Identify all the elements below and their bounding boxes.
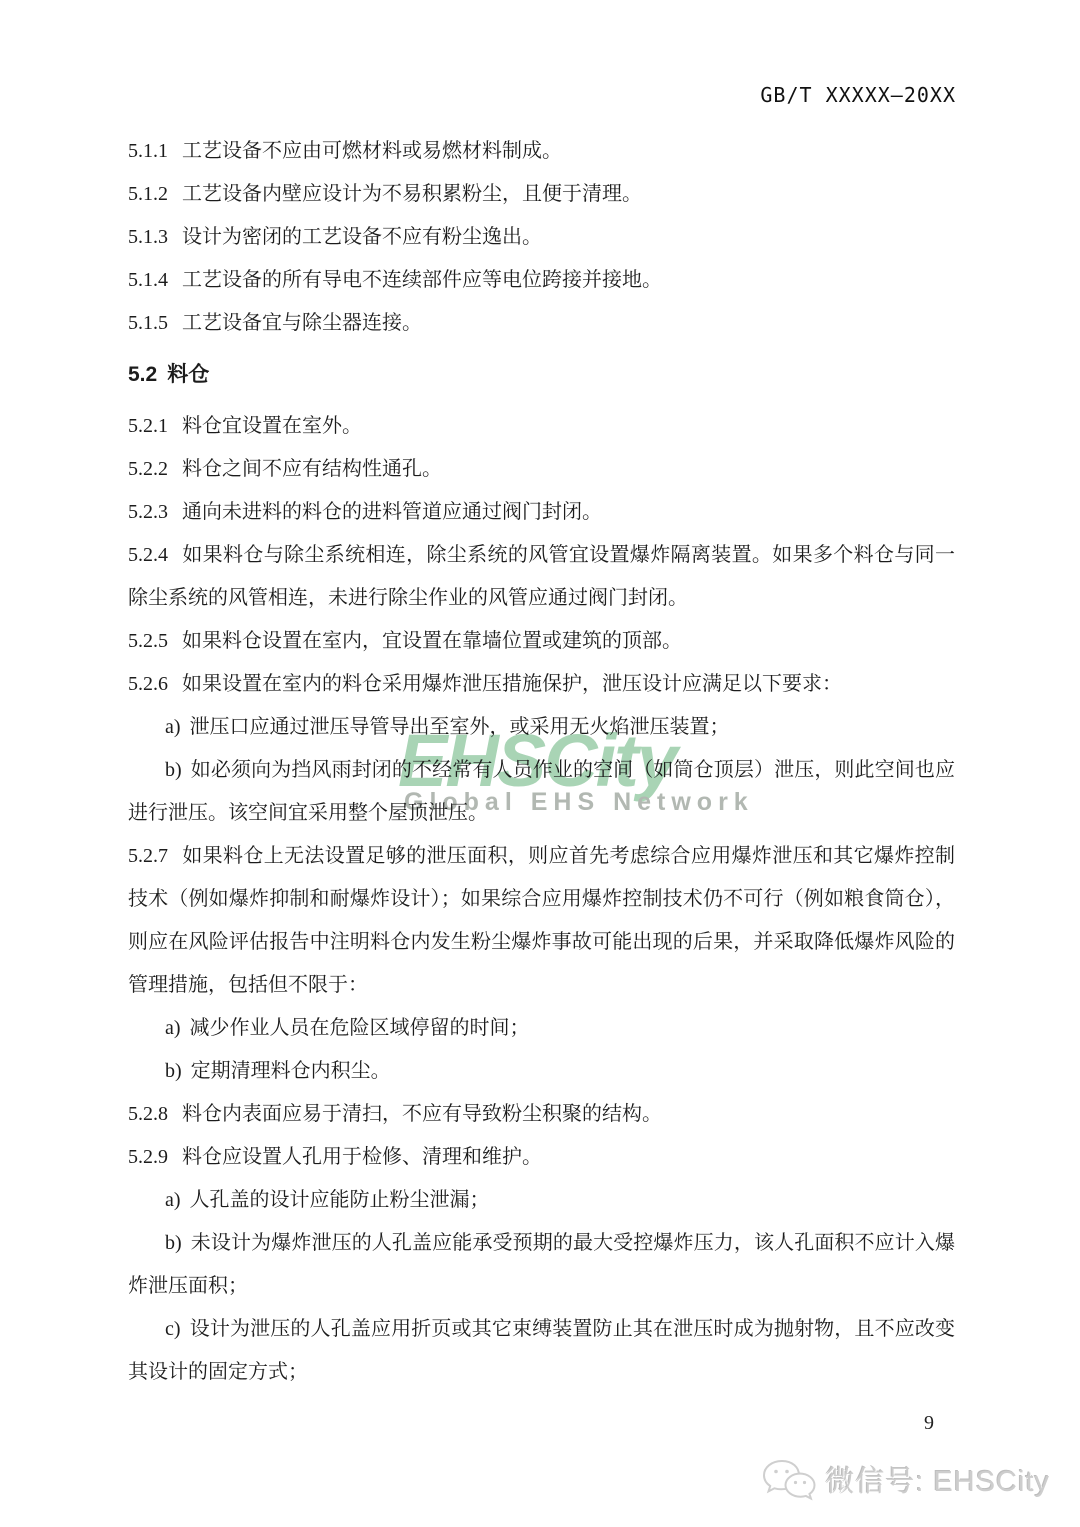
paragraph-text: 工艺设备不应由可燃材料或易燃材料制成。 — [182, 140, 562, 162]
clause-number: 5.2.7 — [128, 845, 168, 867]
document-body: 5.1.1工艺设备不应由可燃材料或易燃材料制成。5.1.2工艺设备内壁应设计为不… — [128, 130, 955, 1394]
clause-number: 5.2.3 — [128, 501, 168, 523]
paragraph-text: 如果设置在室内的料仓采用爆炸泄压措施保护，泄压设计应满足以下要求： — [182, 673, 842, 695]
clause-paragraph: 5.2.4如果料仓与除尘系统相连，除尘系统的风管宜设置爆炸隔离装置。如果多个料仓… — [128, 534, 955, 620]
paragraph-text: 料仓之间不应有结构性通孔。 — [182, 458, 442, 480]
paragraph-text: 如果料仓与除尘系统相连，除尘系统的风管宜设置爆炸隔离装置。如果多个料仓与同一除尘… — [128, 544, 955, 609]
clause-number: 5.2.1 — [128, 415, 168, 437]
clause-paragraph: 5.1.1工艺设备不应由可燃材料或易燃材料制成。 — [128, 130, 955, 173]
section-number: 5.2 — [128, 363, 157, 386]
paragraph-text: 通向未进料的料仓的进料管道应通过阀门封闭。 — [182, 501, 602, 523]
clause-paragraph: 5.2.2料仓之间不应有结构性通孔。 — [128, 448, 955, 491]
list-item: b)定期清理料仓内积尘。 — [128, 1050, 955, 1093]
clause-paragraph: 5.1.2工艺设备内壁应设计为不易积累粉尘，且便于清理。 — [128, 173, 955, 216]
paragraph-text: 泄压口应通过泄压导管导出至室外，或采用无火焰泄压装置； — [190, 716, 730, 738]
clause-number: 5.1.3 — [128, 226, 168, 248]
list-marker: a) — [165, 716, 181, 738]
list-item: b)如必须向为挡风雨封闭的不经常有人员作业的空间（如筒仓顶层）泄压，则此空间也应… — [128, 749, 955, 835]
clause-number: 5.2.6 — [128, 673, 168, 695]
list-marker: c) — [165, 1318, 181, 1340]
standard-code-header: GB/T XXXXX—20XX — [760, 83, 956, 107]
list-marker: a) — [165, 1189, 181, 1211]
list-item: b)未设计为爆炸泄压的人孔盖应能承受预期的最大受控爆炸压力，该人孔面积不应计入爆… — [128, 1222, 955, 1308]
list-marker: a) — [165, 1017, 181, 1039]
clause-paragraph: 5.1.4工艺设备的所有导电不连续部件应等电位跨接并接地。 — [128, 259, 955, 302]
list-item: a)减少作业人员在危险区域停留的时间； — [128, 1007, 955, 1050]
clause-paragraph: 5.1.5工艺设备宜与除尘器连接。 — [128, 302, 955, 345]
paragraph-text: 料仓应设置人孔用于检修、清理和维护。 — [182, 1146, 542, 1168]
wechat-watermark: 微信号: EHSCity — [761, 1455, 1050, 1503]
paragraph-text: 如必须向为挡风雨封闭的不经常有人员作业的空间（如筒仓顶层）泄压，则此空间也应进行… — [128, 759, 955, 824]
list-marker: b) — [165, 1232, 182, 1254]
paragraph-text: 工艺设备内壁应设计为不易积累粉尘，且便于清理。 — [182, 183, 642, 205]
wechat-watermark-text: 微信号: EHSCity — [825, 1459, 1050, 1500]
clause-number: 5.1.2 — [128, 183, 168, 205]
page-number: 9 — [924, 1412, 934, 1435]
clause-paragraph: 5.2.8料仓内表面应易于清扫，不应有导致粉尘积聚的结构。 — [128, 1093, 955, 1136]
section-heading: 5.2料仓 — [128, 353, 955, 396]
clause-number: 5.2.2 — [128, 458, 168, 480]
clause-number: 5.2.4 — [128, 544, 168, 566]
paragraph-text: 定期清理料仓内积尘。 — [191, 1060, 391, 1082]
list-item: a)泄压口应通过泄压导管导出至室外，或采用无火焰泄压装置； — [128, 706, 955, 749]
paragraph-text: 人孔盖的设计应能防止粉尘泄漏； — [190, 1189, 490, 1211]
clause-number: 5.2.8 — [128, 1103, 168, 1125]
clause-number: 5.1.1 — [128, 140, 168, 162]
clause-number: 5.2.9 — [128, 1146, 168, 1168]
clause-paragraph: 5.2.3通向未进料的料仓的进料管道应通过阀门封闭。 — [128, 491, 955, 534]
clause-paragraph: 5.2.6如果设置在室内的料仓采用爆炸泄压措施保护，泄压设计应满足以下要求： — [128, 663, 955, 706]
paragraph-text: 料仓 — [167, 363, 209, 386]
list-item: c)设计为泄压的人孔盖应用折页或其它束缚装置防止其在泄压时成为抛射物，且不应改变… — [128, 1308, 955, 1394]
clause-number: 5.1.4 — [128, 269, 168, 291]
clause-paragraph: 5.1.3设计为密闭的工艺设备不应有粉尘逸出。 — [128, 216, 955, 259]
list-item: a)人孔盖的设计应能防止粉尘泄漏； — [128, 1179, 955, 1222]
clause-paragraph: 5.2.1料仓宜设置在室外。 — [128, 405, 955, 448]
paragraph-text: 设计为密闭的工艺设备不应有粉尘逸出。 — [182, 226, 542, 248]
clause-paragraph: 5.2.9料仓应设置人孔用于检修、清理和维护。 — [128, 1136, 955, 1179]
clause-number: 5.2.5 — [128, 630, 168, 652]
paragraph-text: 设计为泄压的人孔盖应用折页或其它束缚装置防止其在泄压时成为抛射物，且不应改变其设… — [128, 1318, 955, 1383]
paragraph-text: 如果料仓设置在室内，宜设置在靠墙位置或建筑的顶部。 — [182, 630, 682, 652]
paragraph-text: 工艺设备宜与除尘器连接。 — [182, 312, 422, 334]
list-marker: b) — [165, 759, 182, 781]
wechat-icon — [761, 1455, 817, 1503]
clause-number: 5.1.5 — [128, 312, 168, 334]
paragraph-text: 料仓内表面应易于清扫，不应有导致粉尘积聚的结构。 — [182, 1103, 662, 1125]
paragraph-text: 减少作业人员在危险区域停留的时间； — [190, 1017, 530, 1039]
paragraph-text: 如果料仓上无法设置足够的泄压面积，则应首先考虑综合应用爆炸泄压和其它爆炸控制技术… — [128, 845, 955, 996]
document-page: GB/T XXXXX—20XX EHSCity Global EHS Netwo… — [0, 0, 1080, 1527]
paragraph-text: 工艺设备的所有导电不连续部件应等电位跨接并接地。 — [182, 269, 662, 291]
clause-paragraph: 5.2.7如果料仓上无法设置足够的泄压面积，则应首先考虑综合应用爆炸泄压和其它爆… — [128, 835, 955, 1007]
paragraph-text: 料仓宜设置在室外。 — [182, 415, 362, 437]
clause-paragraph: 5.2.5如果料仓设置在室内，宜设置在靠墙位置或建筑的顶部。 — [128, 620, 955, 663]
paragraph-text: 未设计为爆炸泄压的人孔盖应能承受预期的最大受控爆炸压力，该人孔面积不应计入爆炸泄… — [128, 1232, 955, 1297]
list-marker: b) — [165, 1060, 182, 1082]
